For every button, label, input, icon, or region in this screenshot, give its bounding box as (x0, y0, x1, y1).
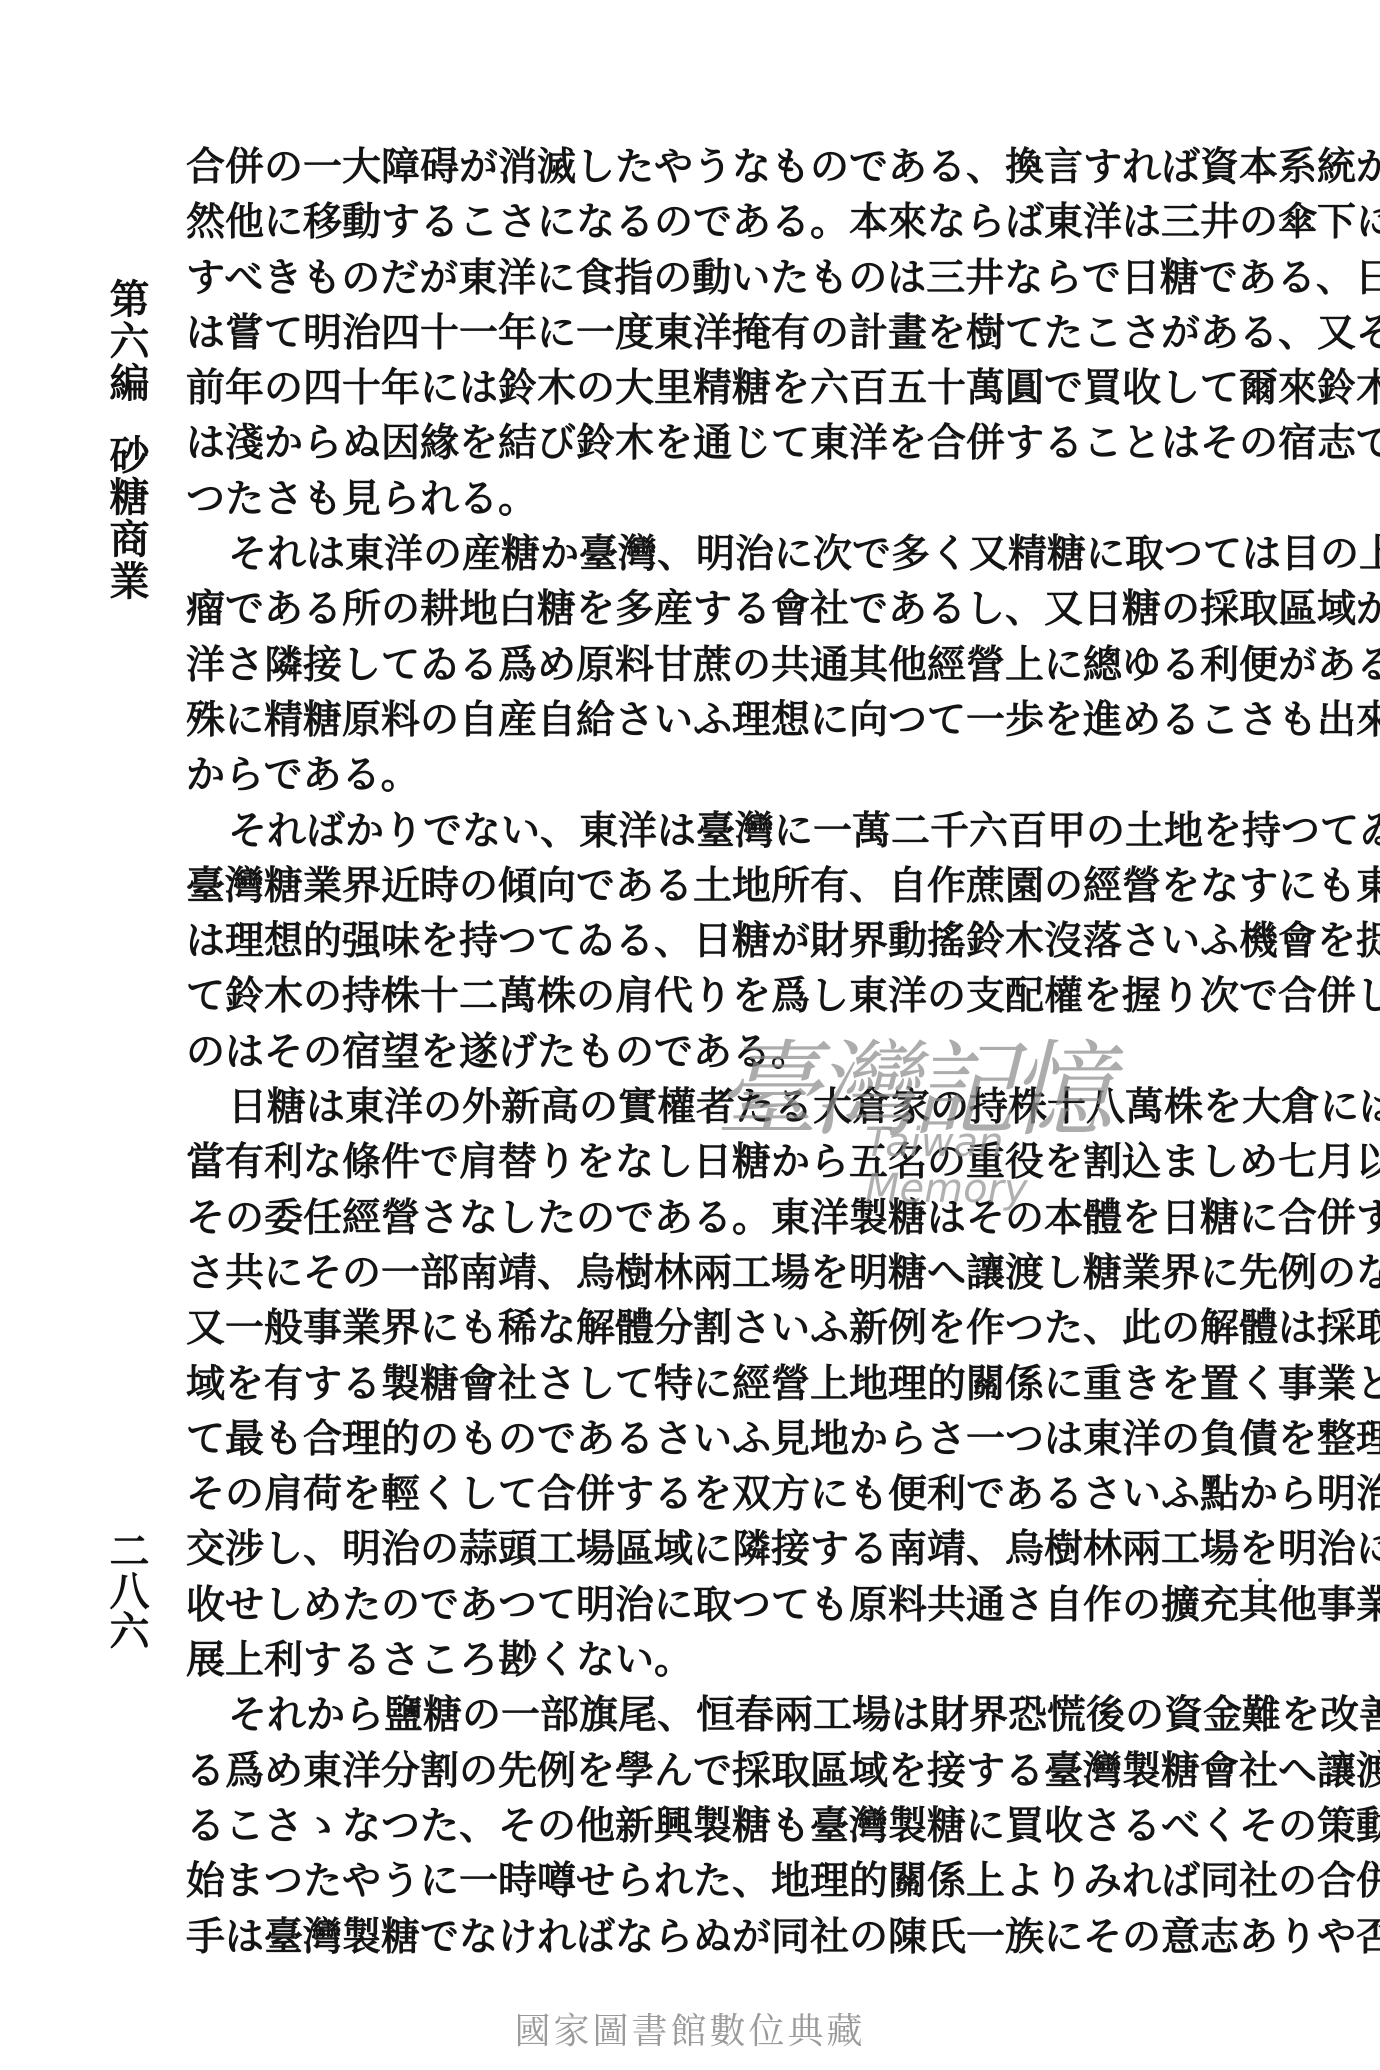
text-line: それから鹽糖の一部旗尾、恒春兩工場は財界恐慌後の資金難を改善す (186, 1688, 1246, 1743)
text-line: それは東洋の産糖か臺灣、明治に次で多く又精糖に取つては目の上の (186, 527, 1246, 582)
body-text: 合併の一大障碍が消滅したやうなものである、換言すれば資本系統が當然他に移動するこ… (186, 140, 1246, 1965)
section-label: 第六編 (103, 278, 150, 404)
text-line: のはその宿望を遂げたものである。 (186, 1025, 1246, 1080)
text-line: その委任經營さなしたのである。東洋製糖はその本體を日糖に合併する (186, 1191, 1246, 1246)
text-line: そればかりでない、東洋は臺灣に一萬二千六百甲の土地を持つてゐる、 (186, 804, 1246, 859)
text-line: 臺灣糖業界近時の傾向である土地所有、自作蔗園の經營をなすにも東洋 (186, 859, 1246, 914)
text-line: は淺からぬ因緣を結び鈴木を通じて東洋を合併することはその宿志であ (186, 416, 1246, 471)
text-line: すべきものだが東洋に食指の動いたものは三井ならで日糖である、日糖 (186, 251, 1246, 306)
page-number: 二八六 (102, 1530, 150, 1650)
text-line: その肩荷を輕くして合併するを双方にも便利であるさいふ點から明治に (186, 1467, 1246, 1522)
text-line: 展上利するさころ尠くない。 (186, 1633, 1246, 1688)
text-line: 手は臺灣製糖でなければならぬが同社の陳氏一族にその意志ありや否や (186, 1910, 1246, 1965)
text-line: 瘤である所の耕地白糖を多産する會社であるし、又日糖の採取區域が東 (186, 582, 1246, 637)
text-line: 洋さ隣接してゐる爲め原料甘蔗の共通其他經營上に總ゆる利便がある、 (186, 638, 1246, 693)
text-line: 始まつたやうに一時噂せられた、地理的關係上よりみれば同社の合併相 (186, 1854, 1246, 1909)
text-line: 前年の四十年には鈴木の大里精糖を六百五十萬圓で買收して爾來鈴木さ (186, 361, 1246, 416)
text-line: る爲め東洋分割の先例を學んで採取區域を接する臺灣製糖會社へ讓渡す (186, 1744, 1246, 1799)
text-line: て最も合理的のものであるさいふ見地からさ一つは東洋の負債を整理し (186, 1412, 1246, 1467)
text-line: さ共にその一部南靖、烏樹林兩工場を明糖へ讓渡し糖業界に先例のない (186, 1246, 1246, 1301)
scanned-book-page: 第六編砂糖商業 二八六 合併の一大障碍が消滅したやうなものである、換言すれば資本… (0, 0, 1380, 2070)
chapter-label: 砂糖商業 (103, 434, 150, 602)
text-line: 當有利な條件で肩替りをなし日糖から五名の重役を割込ましめ七月以後 (186, 1135, 1246, 1190)
text-line: 然他に移動するこさになるのである。本來ならば東洋は三井の傘下に歸 (186, 195, 1246, 250)
text-line: は理想的强味を持つてゐる、日糖が財界動搖鈴木沒落さいふ機會を捉へ (186, 914, 1246, 969)
text-line: 域を有する製糖會社さして特に經營上地理的關係に重きを置く事業とし (186, 1357, 1246, 1412)
text-line: 殊に精糖原料の自産自給さいふ理想に向つて一歩を進めるこさも出來る (186, 693, 1246, 748)
text-line: 交涉し、明治の蒜頭工場區域に隣接する南靖、烏樹林兩工場を明治に買 (186, 1522, 1246, 1577)
text-line: からである。 (186, 748, 1246, 803)
running-header: 第六編砂糖商業 (102, 278, 150, 602)
text-line: 又一般事業界にも稀な解體分割さいふ新例を作つた、此の解體は採取區 (186, 1301, 1246, 1356)
text-line: て鈴木の持株十二萬株の肩代りを爲し東洋の支配權を握り次で合併した (186, 969, 1246, 1024)
text-line: は嘗て明治四十一年に一度東洋掩有の計畫を樹てたこさがある、又その (186, 306, 1246, 361)
scan-speck (1258, 1578, 1262, 1582)
text-line: 收せしめたのであつて明治に取つても原料共通さ自作の擴充其他事業發 (186, 1578, 1246, 1633)
text-line: 日糖は東洋の外新高の實權者たる大倉家の持株十八萬株を大倉には相 (186, 1080, 1246, 1135)
footer-credit: 國家圖書館數位典藏 (0, 2003, 1380, 2054)
text-line: るこさゝなつた、その他新興製糖も臺灣製糖に買收さるべくその策動が (186, 1799, 1246, 1854)
text-line: つたさも見られる。 (186, 472, 1246, 527)
text-line: 合併の一大障碍が消滅したやうなものである、換言すれば資本系統が當 (186, 140, 1246, 195)
